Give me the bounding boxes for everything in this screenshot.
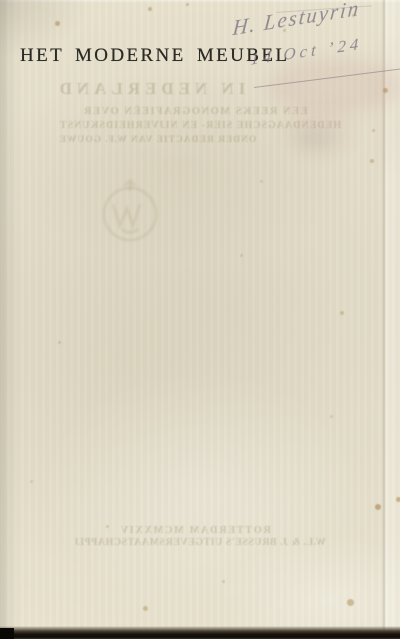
foxing-spot [375, 504, 381, 510]
foxing-spot [240, 254, 243, 257]
page-bottom-edge [0, 626, 400, 639]
foxing-spot [222, 580, 225, 583]
foxing-spot [340, 311, 344, 315]
ghost-line-imprint-city: ROTTERDAM MCMXXIV [100, 525, 290, 536]
foxing-spot [106, 525, 109, 528]
book-page-photo: IN NEDERLAND EEN REEKS MONOGRAFIEËN OVER… [0, 0, 400, 639]
foxing-spot [330, 415, 333, 418]
foxing-spot [396, 497, 400, 502]
ghost-line-imprint-publisher: W.L. & J. BRUSSE'S UITGEVERSMAATSCHAPPIJ [35, 537, 365, 548]
ghost-line-series-country: IN NEDERLAND [35, 79, 265, 99]
stain-smudge [295, 125, 335, 151]
foxing-spot [148, 7, 152, 11]
foxing-spot [347, 599, 354, 606]
stain-smudge [378, 40, 400, 170]
foxing-spot [143, 606, 148, 611]
ghost-line-series-editor: ONDER REDACTIE VAN W.F. GOUWE [40, 135, 275, 145]
foxing-spot [372, 129, 375, 132]
foxing-spot [55, 21, 60, 26]
foxing-spot [186, 3, 189, 6]
foxing-spot [370, 159, 374, 163]
publisher-device-ghost-icon [96, 174, 166, 246]
book-title: HET MODERNE MEUBEL [20, 45, 289, 67]
foxing-spot [260, 180, 263, 183]
foxing-spot [30, 480, 33, 483]
foxing-spot [58, 341, 61, 344]
